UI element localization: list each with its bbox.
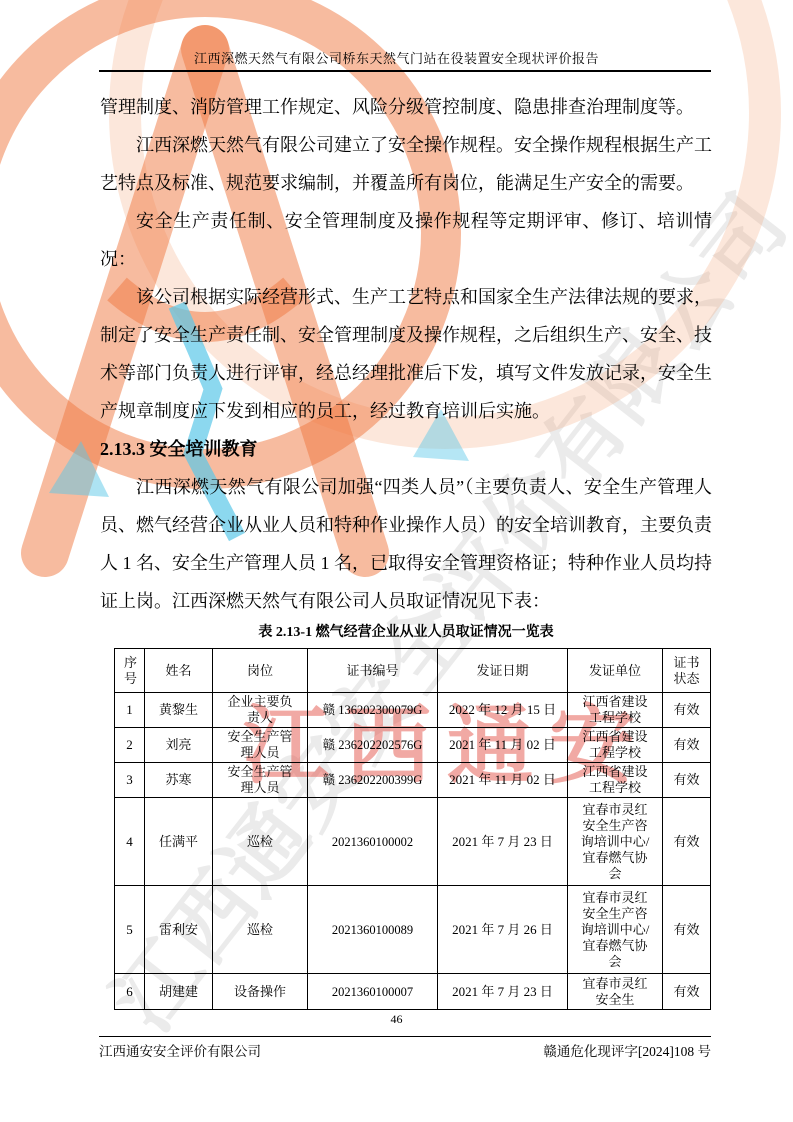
page-header-title: 江西深燃天然气有限公司桥东天然气门站在役装置安全现状评价报告 [0,48,793,67]
table-cell: 2021 年 11 月 02 日 [438,763,568,798]
table-caption: 表 2.13-1 燃气经营企业从业人员取证情况一览表 [100,622,712,644]
table-cell: 有效 [663,974,711,1010]
table-cell: 1 [115,693,145,728]
footer-row: 江西通安安全评价有限公司 赣通危化现评字[2024]108 号 [99,1040,711,1060]
table-header-cell: 发证单位 [568,649,663,693]
page-number: 46 [0,1012,793,1027]
table-cell: 2021360100002 [308,798,438,886]
paragraph: 江西深燃天然气有限公司加强“四类人员”（主要负责人、安全生产管理人员、燃气经营企… [100,468,712,620]
table-cell: 安全生产管理人员 [213,763,308,798]
footer-doc-number: 赣通危化现评字[2024]108 号 [543,1040,711,1060]
table-head: 序号姓名岗位证书编号发证日期发证单位证书状态 [115,649,711,693]
table-cell: 赣 236202202576G [308,728,438,763]
table-cell: 2021360100007 [308,974,438,1010]
table-cell: 3 [115,763,145,798]
table-cell: 2021 年 7 月 26 日 [438,886,568,974]
table-cell: 有效 [663,693,711,728]
table-cell: 刘亮 [145,728,213,763]
table-cell: 2021 年 11 月 02 日 [438,728,568,763]
table-row: 2刘亮安全生产管理人员赣 236202202576G2021 年 11 月 02… [115,728,711,763]
table-row: 4任满平巡检20213601000022021 年 7 月 23 日宜春市灵红安… [115,798,711,886]
paragraph: 该公司根据实际经营形式、生产工艺特点和国家全生产法律法规的要求，制定了安全生产责… [100,278,712,430]
table-row: 3苏寒安全生产管理人员赣 236202200399G2021 年 11 月 02… [115,763,711,798]
table-cell: 任满平 [145,798,213,886]
table-cell: 有效 [663,763,711,798]
table-header-cell: 证书状态 [663,649,711,693]
table-cell: 安全生产管理人员 [213,728,308,763]
table-cell: 2021 年 7 月 23 日 [438,798,568,886]
paragraph: 管理制度、消防管理工作规定、风险分级管控制度、隐患排查治理制度等。 [100,88,712,126]
table-cell: 2021360100089 [308,886,438,974]
body-paragraphs: 管理制度、消防管理工作规定、风险分级管控制度、隐患排查治理制度等。江西深燃天然气… [100,88,712,430]
table-header-cell: 序号 [115,649,145,693]
body-paragraphs-after: 江西深燃天然气有限公司加强“四类人员”（主要负责人、安全生产管理人员、燃气经营企… [100,468,712,620]
table-cell: 江西省建设工程学校 [568,728,663,763]
table-cell: 苏寒 [145,763,213,798]
header-rule [99,70,711,72]
footer-rule [99,1036,711,1037]
table-body: 1黄黎生企业主要负责人赣 136202300079G2022 年 12 月 15… [115,693,711,1010]
table-row: 5雷利安巡检20213601000892021 年 7 月 26 日宜春市灵红安… [115,886,711,974]
paragraph: 江西深燃天然气有限公司建立了安全操作规程。安全操作规程根据生产工艺特点及标准、规… [100,126,712,202]
table-cell: 宜春市灵红安全生产咨询培训中心/宜春燃气协会 [568,798,663,886]
paragraph: 安全生产责任制、安全管理制度及操作规程等定期评审、修订、培训情况： [100,202,712,278]
table-cell: 胡建建 [145,974,213,1010]
table-cell: 4 [115,798,145,886]
table-header-cell: 发证日期 [438,649,568,693]
table-cell: 宜春市灵红安全生产咨询培训中心/宜春燃气协会 [568,886,663,974]
table-header-cell: 姓名 [145,649,213,693]
report-page: 江西通安安全评价有限公司 江西通安 江西深燃天然气有限公司桥东天然气门站在役装置… [0,0,793,1122]
table-cell: 2022 年 12 月 15 日 [438,693,568,728]
table-cell: 有效 [663,886,711,974]
table-cell: 有效 [663,798,711,886]
table-cell: 5 [115,886,145,974]
table-cell: 有效 [663,728,711,763]
table-cell: 2 [115,728,145,763]
section-heading: 2.13.3 安全培训教育 [100,430,712,468]
table-cell: 雷利安 [145,886,213,974]
table-cell: 江西省建设工程学校 [568,763,663,798]
certification-table: 序号姓名岗位证书编号发证日期发证单位证书状态 1黄黎生企业主要负责人赣 1362… [114,648,711,1010]
table-cell: 2021 年 7 月 23 日 [438,974,568,1010]
table-cell: 设备操作 [213,974,308,1010]
footer-company: 江西通安安全评价有限公司 [99,1040,261,1060]
table-cell: 赣 136202300079G [308,693,438,728]
table-cell: 赣 236202200399G [308,763,438,798]
table-cell: 6 [115,974,145,1010]
table-cell: 企业主要负责人 [213,693,308,728]
table-cell: 江西省建设工程学校 [568,693,663,728]
table-header-cell: 岗位 [213,649,308,693]
table-cell: 巡检 [213,798,308,886]
table-header-row: 序号姓名岗位证书编号发证日期发证单位证书状态 [115,649,711,693]
table-row: 6胡建建设备操作20213601000072021 年 7 月 23 日宜春市灵… [115,974,711,1010]
table-cell: 巡检 [213,886,308,974]
table-header-cell: 证书编号 [308,649,438,693]
body-content: 管理制度、消防管理工作规定、风险分级管控制度、隐患排查治理制度等。江西深燃天然气… [100,88,712,1010]
table-row: 1黄黎生企业主要负责人赣 136202300079G2022 年 12 月 15… [115,693,711,728]
table-cell: 宜春市灵红安全生 [568,974,663,1010]
table-cell: 黄黎生 [145,693,213,728]
